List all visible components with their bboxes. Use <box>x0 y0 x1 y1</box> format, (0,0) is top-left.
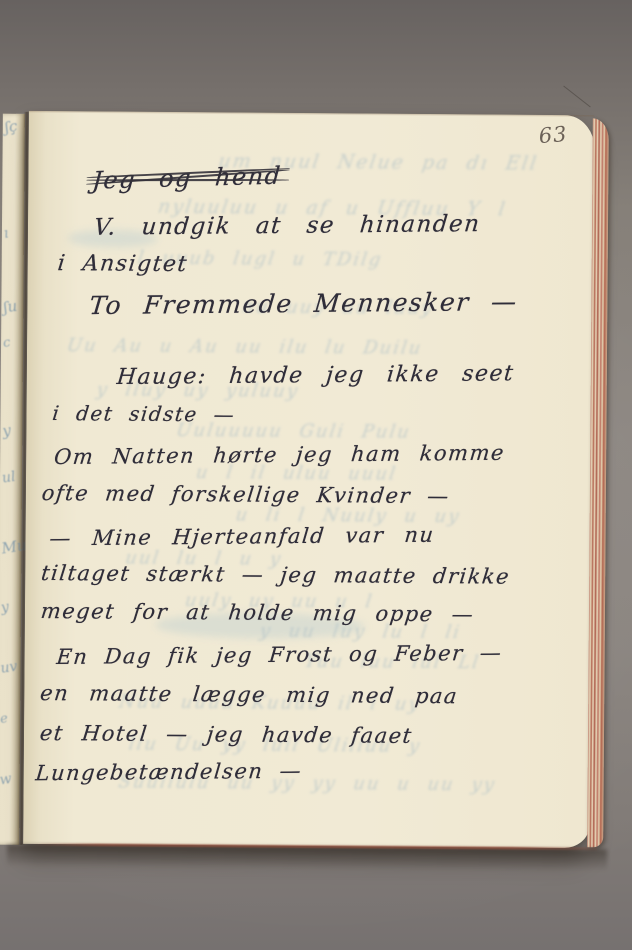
manuscript-line: En Dag fik jeg Frost og Feber — <box>55 641 503 669</box>
facing-page-text-fragment: y <box>0 599 10 616</box>
manuscript-line: Lungebetændelsen — <box>35 759 304 786</box>
manuscript-line: Hauge: havde jeg ikke seet <box>116 361 516 390</box>
facing-page-text-fragment: ul <box>1 469 17 487</box>
struck-out-line: Jeg og hend <box>91 162 282 195</box>
manuscript-line: tiltaget stærkt — jeg maatte drikke <box>40 561 512 589</box>
manuscript-line: en maatte lægge mig ned paa <box>39 681 460 708</box>
facing-page-text-fragment: uv <box>0 659 19 677</box>
manuscript-line: Om Natten hørte jeg ham komme <box>53 441 506 469</box>
manuscript-line: ofte med forskellige Kvinder — <box>41 481 452 508</box>
facing-page-text-fragment: e <box>0 711 9 727</box>
facing-page-text-fragment: y <box>1 421 12 440</box>
manuscript-line: meget for at holde mig oppe — <box>40 599 476 626</box>
handwriting-layer: Jeg og hendV. undgik at se hinandeni Ans… <box>23 111 595 848</box>
manuscript-line: i det sidste — <box>51 401 236 426</box>
notebook: ʃçıʃucyulMuyuvew um nuul Nelue pa dı Ell… <box>0 0 632 950</box>
facing-page-text-fragment: ʃu <box>2 297 18 317</box>
manuscript-line: V. undgik at se hinanden <box>93 211 482 241</box>
manuscript-line: — Mine Hjerteanfald var nu <box>48 523 435 551</box>
photograph-scene: ʃçıʃucyulMuyuvew um nuul Nelue pa dı Ell… <box>0 0 632 950</box>
facing-page-text-fragment: c <box>2 335 11 351</box>
facing-page-text-fragment: ʃç <box>3 117 18 137</box>
facing-page-text-fragment: w <box>0 771 13 789</box>
manuscript-line: i Ansigtet <box>56 251 189 277</box>
manuscript-page: um nuul Nelue pa dı Ellnyluuluu u af u U… <box>23 111 595 848</box>
book-drop-shadow <box>7 845 607 872</box>
facing-page-text-fragment: ı <box>3 225 10 241</box>
page-number: 63 <box>538 122 569 148</box>
manuscript-line: et Hotel — jeg havde faaet <box>39 721 414 748</box>
manuscript-line: To Fremmede Mennesker — <box>88 287 519 320</box>
